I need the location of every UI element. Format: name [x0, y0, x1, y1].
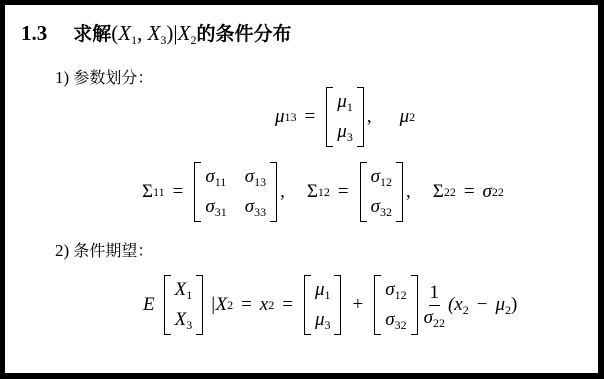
- section-title-math: (X1, X3)|X2: [111, 21, 196, 45]
- fraction-denominator: σ22: [424, 306, 445, 328]
- step-1: 1) 参数划分：: [55, 65, 153, 88]
- section-title-prefix: 求解: [73, 23, 111, 45]
- difference-term: (x2−μ2): [448, 294, 517, 316]
- left-bracket: [374, 275, 381, 335]
- section-number: 1.3: [21, 21, 47, 45]
- left-bracket: [194, 162, 201, 222]
- left-bracket: [164, 275, 171, 335]
- equals-sign: =: [241, 294, 252, 316]
- sigma22-value: σ: [483, 181, 492, 203]
- right-bracket: [411, 275, 418, 335]
- left-bracket: [360, 162, 367, 222]
- vector-cell: σ12: [385, 278, 406, 302]
- vector-cell: σ32: [371, 195, 392, 219]
- step-text: 参数划分：: [73, 68, 153, 87]
- mu2-symbol: μ: [400, 106, 410, 128]
- matrix-cell: σ31: [205, 195, 226, 219]
- right-bracket: [334, 275, 341, 335]
- right-bracket: [270, 162, 277, 222]
- matrix-cell: σ13: [245, 165, 266, 189]
- equals-sign: =: [338, 181, 349, 203]
- step-2: 2) 条件期望：: [55, 238, 153, 261]
- fraction-numerator: 1: [429, 283, 441, 306]
- sigma11-matrix: σ11 σ13 σ31 σ33: [194, 162, 277, 222]
- step-text: 条件期望：: [73, 241, 153, 260]
- vector-cell: μ3: [337, 120, 353, 144]
- mu-vector: μ1 μ3: [304, 275, 342, 335]
- vector-cell: σ32: [385, 308, 406, 332]
- equals-sign: =: [305, 106, 316, 128]
- step-label: 1): [55, 68, 73, 87]
- comma: ,: [406, 181, 411, 203]
- sigma22-symbol: Σ: [433, 181, 444, 203]
- sigma-vector: σ12 σ32: [374, 275, 417, 335]
- equals-sign: =: [464, 181, 475, 203]
- section-heading: 1.3求解(X1, X3)|X2的条件分布: [21, 19, 291, 46]
- given-condition: |X: [210, 294, 227, 316]
- sigma12-vector: σ12 σ32: [360, 162, 403, 222]
- fraction: 1 σ22: [424, 283, 445, 328]
- matrix-cell: σ11: [205, 165, 226, 189]
- sigma11-symbol: Σ: [142, 181, 153, 203]
- left-bracket: [304, 275, 311, 335]
- right-bracket: [196, 275, 203, 335]
- mean-partition-equation: μ13 = μ1 μ3 , μ2: [275, 87, 415, 147]
- equals-sign: =: [173, 181, 184, 203]
- vector-cell: μ3: [315, 308, 331, 332]
- step-label: 2): [55, 241, 73, 260]
- right-bracket: [396, 162, 403, 222]
- vector-cell: μ1: [337, 90, 353, 114]
- matrix-cell: σ33: [245, 195, 266, 219]
- expectation-operator: E: [143, 294, 155, 316]
- vector-cell: σ12: [371, 165, 392, 189]
- equals-sign: =: [282, 294, 293, 316]
- vector-cell: μ1: [315, 278, 331, 302]
- x2-value: x: [260, 294, 268, 316]
- covariance-partition-equation: Σ11 = σ11 σ13 σ31 σ33 , Σ12 = σ12 σ32 , …: [142, 162, 504, 222]
- right-bracket: [357, 87, 364, 147]
- mu13-symbol: μ: [275, 106, 285, 128]
- conditional-expectation-equation: E X1 X3 |X2 = x2 = μ1 μ3 + σ12: [143, 275, 517, 335]
- comma: ,: [280, 181, 285, 203]
- left-bracket: [326, 87, 333, 147]
- x-vector: X1 X3: [164, 275, 204, 335]
- vector-cell: X3: [175, 308, 193, 332]
- comma: ,: [367, 106, 372, 128]
- section-title-suffix: 的条件分布: [196, 23, 291, 45]
- document-page: 1.3求解(X1, X3)|X2的条件分布 1) 参数划分： μ13 = μ1 …: [5, 5, 598, 373]
- sigma12-symbol: Σ: [307, 181, 318, 203]
- plus-sign: +: [352, 294, 363, 316]
- vector-cell: X1: [175, 278, 193, 302]
- mu13-vector: μ1 μ3: [326, 87, 364, 147]
